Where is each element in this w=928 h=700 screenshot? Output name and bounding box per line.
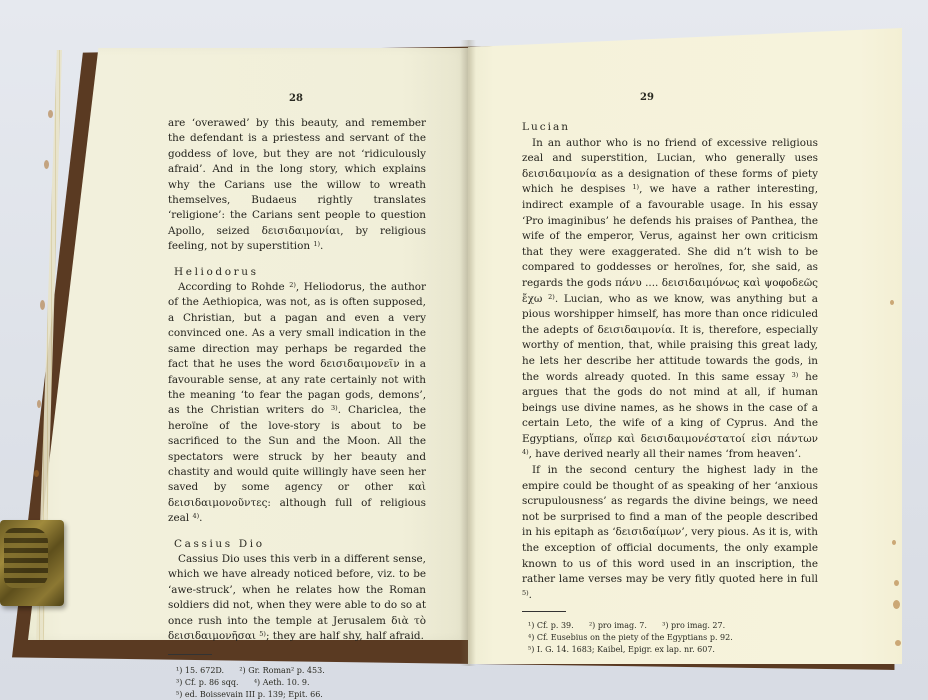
footnote-ref: 5) bbox=[522, 589, 529, 597]
foxing-spot bbox=[37, 400, 41, 408]
right-page-text: Lucian In an author who is no friend of … bbox=[522, 120, 818, 656]
foxing-spot bbox=[890, 300, 894, 305]
paragraph-text: . bbox=[529, 589, 532, 601]
footnote-ref: 4) bbox=[522, 448, 529, 456]
book-gutter bbox=[460, 40, 476, 666]
footnote-ref: 1) bbox=[313, 240, 320, 248]
footnote: ³) Cf. p. 86 sqq. ⁴) Aeth. 10. 9. bbox=[176, 677, 426, 689]
section-heading: Cassius Dio bbox=[174, 537, 426, 552]
paragraph-text: , Heliodorus, the author of the Aethiopi… bbox=[168, 281, 426, 416]
footnote-ref: 3) bbox=[331, 404, 338, 412]
paragraph-text: . bbox=[199, 512, 202, 524]
left-page-text: are ‘overawed’ by this beauty, and remem… bbox=[168, 116, 426, 700]
paragraph: In an author who is no friend of excessi… bbox=[522, 136, 818, 463]
brass-page-clip bbox=[0, 520, 64, 606]
paragraph-text: According to Rohde bbox=[178, 281, 285, 293]
foxing-spot bbox=[892, 540, 896, 545]
footnote-divider bbox=[168, 654, 212, 655]
paragraph-text: ; they are half shy, half afraid. bbox=[266, 630, 424, 642]
footnote-ref: 2) bbox=[289, 281, 296, 289]
section-heading: Lucian bbox=[522, 120, 818, 136]
footnote: ⁵) ed. Boissevain III p. 139; Epit. 66. bbox=[176, 689, 426, 700]
page-number-right: 29 bbox=[640, 92, 654, 103]
foxing-spot bbox=[48, 110, 53, 118]
clip-ornament-icon bbox=[4, 528, 48, 588]
paragraph-text: If in the second century the highest lad… bbox=[522, 464, 818, 585]
footnote-divider bbox=[522, 611, 566, 612]
footnote: ⁴) Cf. Eusebius on the piety of the Egyp… bbox=[528, 632, 818, 644]
paragraph-text: , have derived nearly all their names ‘f… bbox=[529, 448, 802, 460]
footnote: ⁵) I. G. 14. 1683; Kaibel, Epigr. ex lap… bbox=[528, 644, 818, 656]
foxing-spot bbox=[895, 640, 901, 646]
paragraph-text: . Lucian, who as we know, was anything b… bbox=[522, 293, 818, 383]
section-heading: Heliodorus bbox=[174, 265, 426, 280]
footnote-ref: 5) bbox=[259, 630, 266, 638]
footnotes-right: ¹) Cf. p. 39. ²) pro imag. 7. ³) pro ima… bbox=[528, 620, 818, 656]
foxing-spot bbox=[44, 160, 49, 169]
page-number-left: 28 bbox=[289, 93, 303, 104]
foxing-spot bbox=[894, 580, 899, 586]
paragraph-text: are ‘overawed’ by this beauty, and remem… bbox=[168, 117, 426, 252]
paragraph: According to Rohde 2), Heliodorus, the a… bbox=[168, 280, 426, 527]
paragraph: If in the second century the highest lad… bbox=[522, 463, 818, 603]
paragraph-text: , we have a rather interesting, indirect… bbox=[522, 183, 818, 304]
paragraph: Cassius Dio uses this verb in a differen… bbox=[168, 552, 426, 644]
paragraph-text: Cassius Dio uses this verb in a differen… bbox=[168, 553, 426, 642]
foxing-spot bbox=[34, 470, 39, 477]
footnote: ¹) Cf. p. 39. ²) pro imag. 7. ³) pro ima… bbox=[528, 620, 818, 632]
footnotes-left: ¹) 15. 672D. ²) Gr. Roman² p. 453. ³) Cf… bbox=[176, 665, 426, 700]
foxing-spot bbox=[893, 600, 900, 609]
foxing-spot bbox=[40, 300, 45, 310]
footnote: ¹) 15. 672D. ²) Gr. Roman² p. 453. bbox=[176, 665, 426, 677]
paragraph: are ‘overawed’ by this beauty, and remem… bbox=[168, 116, 426, 255]
paragraph-text: . Chariclea, the heroïne of the love-sto… bbox=[168, 404, 426, 524]
footnote-ref: 2) bbox=[548, 293, 555, 301]
